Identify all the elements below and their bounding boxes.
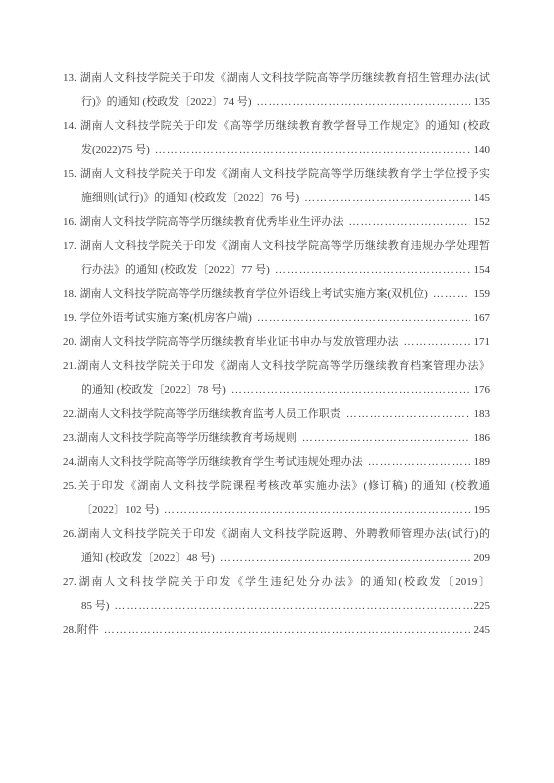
toc-entry-text: 行)》的通知 (校政发〔2022〕74 号) [81,90,252,114]
dot-leader: …………………………………………………………………………………………………………… [257,306,470,330]
page-number: 245 [474,618,491,642]
toc-entry-text: 施细则(试行)》的通知 (校政发〔2022〕76 号) [81,186,299,210]
toc-entry-text: 21.湖南人文科技学院关于印发《湖南人文科技学院高等学历继续教育档案管理办法》 [63,360,490,372]
toc-entry-line: 85 号) …………………………………………………………………………………………… [63,594,490,618]
page-number: 209 [474,546,491,570]
page-number: 135 [474,90,491,114]
page-number: 176 [474,378,491,402]
page-number: 140 [474,138,491,162]
dot-leader: …………………………………………………………………………………………………………… [155,138,470,162]
toc-entry-line: 22.湖南人文科技学院高等学历继续教育监考人员工作职责 ………………………………… [63,402,490,426]
toc-entry-text: 的通知 (校政发〔2022〕78 号) [81,378,226,402]
toc-entry-line: 的通知 (校政发〔2022〕78 号) ……………………………………………………… [63,378,490,402]
toc-entry-text: 25.关于印发《湖南人文科技学院课程考核改革实施办法》(修订稿) 的通知 (校教… [63,480,490,492]
toc-entry-line: 23.湖南人文科技学院高等学历继续教育考场规则 …………………………………………… [63,426,490,450]
page-number: 171 [474,330,491,354]
toc-entry-line: 17. 湖南人文科技学院关于印发《湖南人文科技学院高等学历继续教育违规办学处理暂 [63,234,490,258]
toc-entry-text: 22.湖南人文科技学院高等学历继续教育监考人员工作职责 [63,402,341,426]
dot-leader: …………………………………………………………………………………………………………… [164,498,470,522]
toc-entry-text: 27.湖南人文科技学院关于印发《学生违纪处分办法》的通知(校政发〔2019〕 [63,576,490,588]
page-number: 195 [474,498,491,522]
toc-entry-line: 13. 湖南人文科技学院关于印发《湖南人文科技学院高等学历继续教育招生管理办法(… [63,66,490,90]
dot-leader: …………………………………………………………………………………………………………… [257,90,470,114]
toc-entry-text: 24.湖南人文科技学院高等学历继续教育学生考试违规处理办法 [63,450,363,474]
dot-leader: …………………………………………………………………………………………………………… [104,618,470,642]
toc-entry-line: 20. 湖南人文科技学院高等学历继续教育毕业证书申办与发放管理办法 ………………… [63,330,490,354]
toc-entry-line: 21.湖南人文科技学院关于印发《湖南人文科技学院高等学历继续教育档案管理办法》 [63,354,490,378]
page-number: 189 [474,450,491,474]
toc-entry-line: 24.湖南人文科技学院高等学历继续教育学生考试违规处理办法 …………………………… [63,450,490,474]
toc-entry-text: 19. 学位外语考试实施方案(机房客户端) [63,306,252,330]
toc-entry-line: 施细则(试行)》的通知 (校政发〔2022〕76 号) ………………………………… [63,186,490,210]
toc-entry-text: 行办法》的通知 (校政发〔2022〕77 号) [81,258,270,282]
toc-entry-text: 18. 湖南人文科技学院高等学历继续教育学位外语线上考试实施方案(双机位) [63,282,428,306]
dot-leader: …………………………………………………………………………………………………………… [114,594,472,618]
page-number: 152 [474,210,491,234]
dot-leader: …………………………………………………………………………………………………………… [275,258,470,282]
toc-entry-line: 〔2022〕102 号) ………………………………………………………………………… [63,498,490,522]
toc-entry-text: 85 号) [81,594,109,618]
toc-entry-line: 18. 湖南人文科技学院高等学历继续教育学位外语线上考试实施方案(双机位) ……… [63,282,490,306]
toc-entry-text: 14. 湖南人文科技学院关于印发《高等学历继续教育教学督导工作规定》的通知 (校… [63,120,490,132]
toc-entry-line: 25.关于印发《湖南人文科技学院课程考核改革实施办法》(修订稿) 的通知 (校教… [63,474,490,498]
toc-entry-line: 15. 湖南人文科技学院关于印发《湖南人文科技学院高等学历继续教育学士学位授予实 [63,162,490,186]
toc-entry-text: 15. 湖南人文科技学院关于印发《湖南人文科技学院高等学历继续教育学士学位授予实 [63,168,490,180]
toc-entry-text: 20. 湖南人文科技学院高等学历继续教育毕业证书申办与发放管理办法 [63,330,399,354]
toc-entry-text: 〔2022〕102 号) [81,498,159,522]
dot-leader: …………………………………………………………………………………………………………… [433,282,470,306]
page-number: 159 [474,282,491,306]
dot-leader: …………………………………………………………………………………………………………… [302,426,470,450]
toc-entry-text: 26.湖南人文科技学院关于印发《湖南人文科技学院返聘、外聘教师管理办法(试行)的 [63,528,490,540]
page-number: 145 [474,186,491,210]
toc-entry-line: 通知 (校政发〔2022〕48 号) ………………………………………………………… [63,546,490,570]
toc-entry-text: 通知 (校政发〔2022〕48 号) [81,546,215,570]
page-number: 154 [474,258,491,282]
toc-entry-line: 14. 湖南人文科技学院关于印发《高等学历继续教育教学督导工作规定》的通知 (校… [63,114,490,138]
dot-leader: …………………………………………………………………………………………………………… [304,186,469,210]
toc-entry-text: 23.湖南人文科技学院高等学历继续教育考场规则 [63,426,297,450]
dot-leader: …………………………………………………………………………………………………………… [220,546,470,570]
page-number: 225 [474,594,491,618]
toc-entry-line: 发(2022)75 号) ………………………………………………………………………… [63,138,490,162]
toc-entry-line: 19. 学位外语考试实施方案(机房客户端) ………………………………………………… [63,306,490,330]
page-number: 167 [474,306,491,330]
toc-entry-line: 行)》的通知 (校政发〔2022〕74 号) ……………………………………………… [63,90,490,114]
dot-leader: …………………………………………………………………………………………………………… [231,378,470,402]
toc-entry-line: 行办法》的通知 (校政发〔2022〕77 号) …………………………………………… [63,258,490,282]
toc-list: 13. 湖南人文科技学院关于印发《湖南人文科技学院高等学历继续教育招生管理办法(… [63,66,490,642]
toc-entry-line: 16. 湖南人文科技学院高等学历继续教育优秀毕业生评办法 ……………………………… [63,210,490,234]
dot-leader: …………………………………………………………………………………………………………… [349,210,470,234]
toc-entry-line: 26.湖南人文科技学院关于印发《湖南人文科技学院返聘、外聘教师管理办法(试行)的 [63,522,490,546]
toc-entry-text: 16. 湖南人文科技学院高等学历继续教育优秀毕业生评办法 [63,210,344,234]
document-page: 13. 湖南人文科技学院关于印发《湖南人文科技学院高等学历继续教育招生管理办法(… [0,0,554,783]
dot-leader: …………………………………………………………………………………………………………… [404,330,470,354]
dot-leader: …………………………………………………………………………………………………………… [368,450,470,474]
dot-leader: …………………………………………………………………………………………………………… [346,402,470,426]
toc-entry-text: 17. 湖南人文科技学院关于印发《湖南人文科技学院高等学历继续教育违规办学处理暂 [63,240,490,252]
toc-entry-text: 13. 湖南人文科技学院关于印发《湖南人文科技学院高等学历继续教育招生管理办法(… [63,72,490,84]
page-number: 183 [474,402,491,426]
toc-entry-line: 28.附件 …………………………………………………………………………………………… [63,618,490,642]
toc-entry-text: 发(2022)75 号) [81,138,150,162]
toc-entry-text: 28.附件 [63,618,99,642]
toc-entry-line: 27.湖南人文科技学院关于印发《学生违纪处分办法》的通知(校政发〔2019〕 [63,570,490,594]
page-number: 186 [474,426,491,450]
